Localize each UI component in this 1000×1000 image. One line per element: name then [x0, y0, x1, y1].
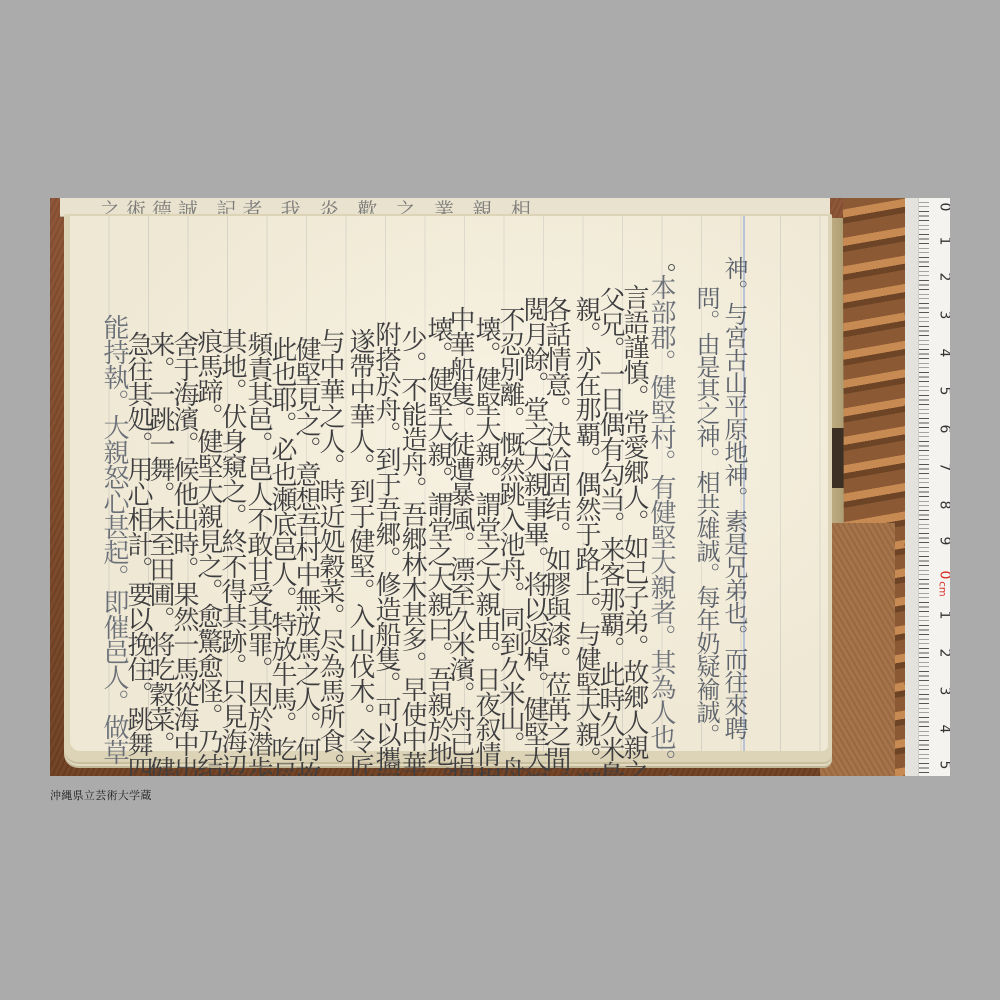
- ruler-mark: 1: [938, 611, 950, 620]
- ruler-mark: 2: [938, 273, 950, 282]
- ruler-mark: 9: [938, 537, 950, 546]
- ruler-mark-10cm: 0: [938, 571, 950, 580]
- text-column: 遂帶中華人。到于健堅。入山伐木。令匠造舟。給: [344, 328, 376, 776]
- ruler-mark: 2: [938, 649, 950, 658]
- collection-credit: 沖縄県立芸術大学蔵: [50, 787, 152, 803]
- ink-mark: [668, 264, 675, 271]
- ruler-mark: 5: [938, 761, 950, 770]
- ruler-mark: 1: [938, 237, 950, 246]
- text-column: 親。亦在那覇。偶然于路上。与健堅大親。邂逅相會。: [570, 296, 602, 776]
- manuscript-photo: 0 1 2 3 4 5 6 7 8 9 0 cm 1 2 3 4 5 之術德誠 …: [50, 198, 950, 776]
- measuring-ruler: 0 1 2 3 4 5 6 7 8 9 0 cm 1 2 3 4 5: [918, 198, 950, 776]
- ruler-mark: 5: [938, 387, 950, 396]
- ruler-mark: 8: [938, 501, 950, 510]
- stage: 0 1 2 3 4 5 6 7 8 9 0 cm 1 2 3 4 5 之術德誠 …: [0, 0, 1000, 1000]
- ruler-mark: 0: [938, 203, 950, 212]
- ruler-mark: 4: [938, 349, 950, 358]
- text-column: 能持執。大親怒心甚起。即催邑人。做草: [98, 314, 130, 764]
- side-note-column: 問。由是其之神。相共雄誠。每年奶疑褕誠。: [690, 286, 722, 746]
- ruler-mark: 6: [938, 425, 950, 434]
- ruler-mark: 3: [938, 311, 950, 320]
- ruler-mark: 3: [938, 687, 950, 696]
- ruler-mark: 7: [938, 463, 950, 472]
- ruler-unit-label: cm: [934, 581, 948, 596]
- manuscript-page: 神。与宮古山平原地神。素是兄弟也。而往來聘 問。由是其之神。相共雄誠。每年奶疑褕…: [70, 216, 828, 751]
- side-note-column: 神。与宮古山平原地神。素是兄弟也。而往來聘: [718, 256, 750, 739]
- ruler-mark: 4: [938, 725, 950, 734]
